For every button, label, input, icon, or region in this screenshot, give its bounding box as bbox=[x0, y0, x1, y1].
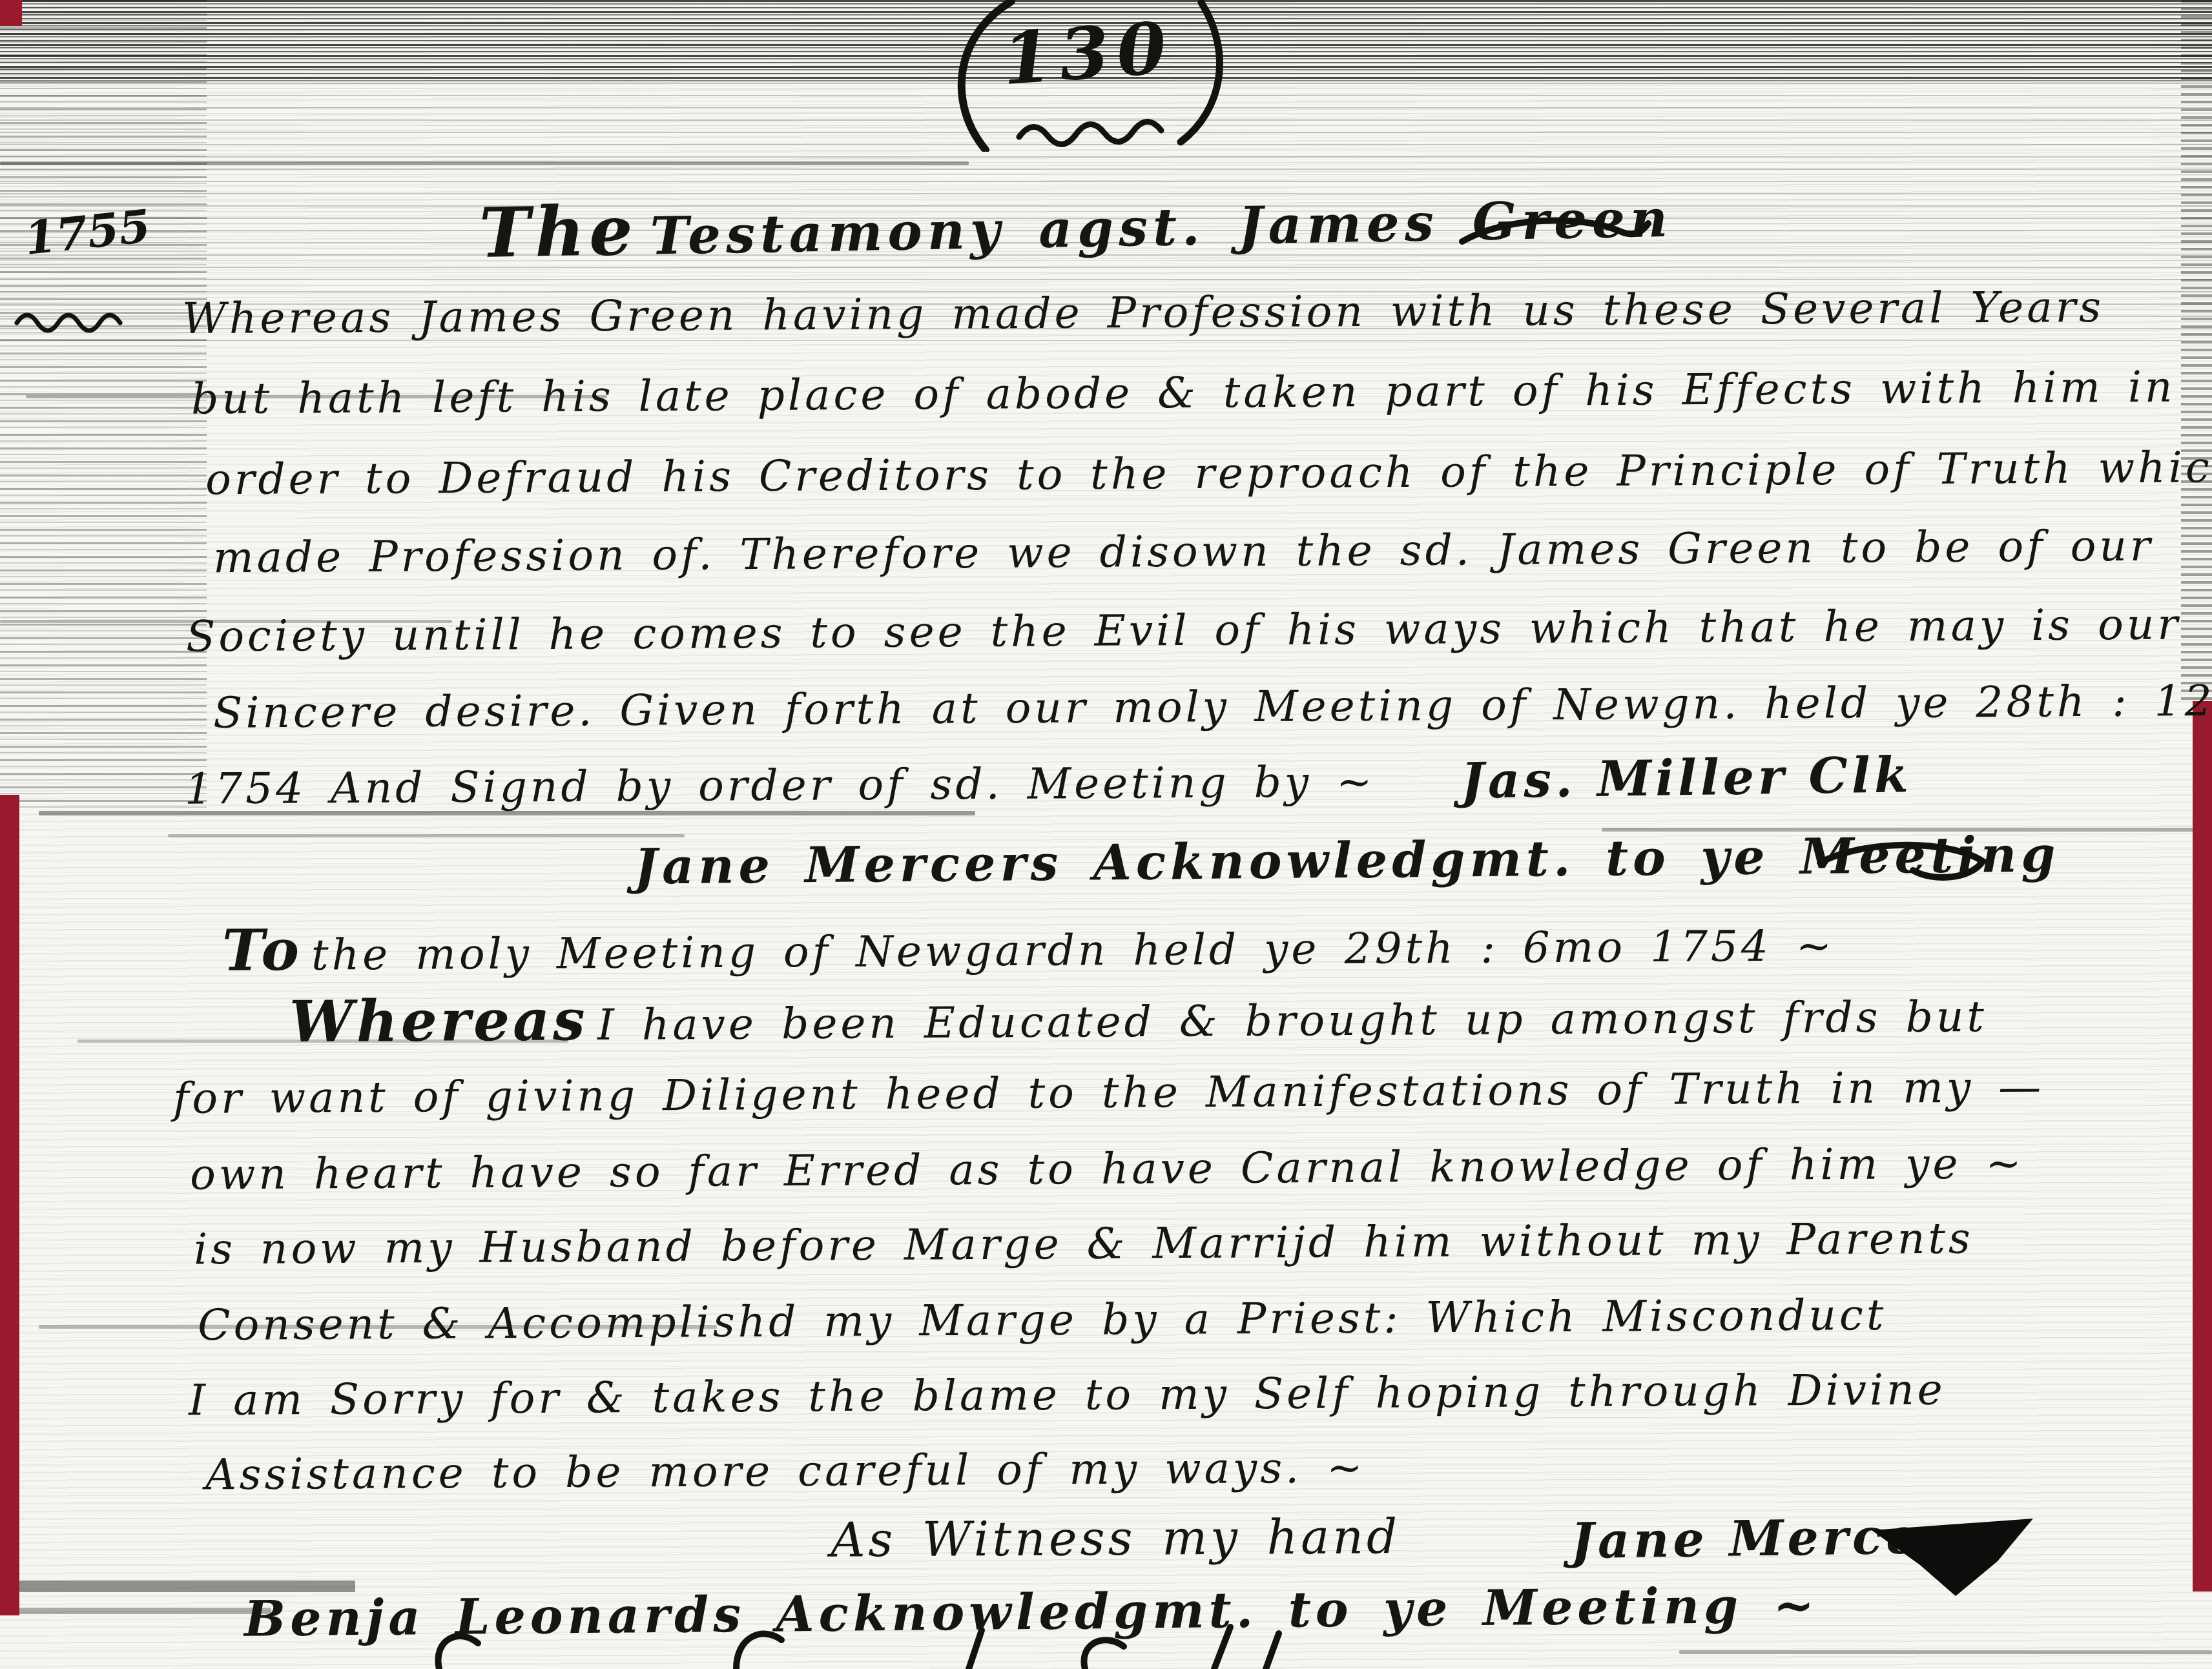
testimony-heading: TheTestamony agst. James Green bbox=[479, 172, 1673, 273]
mercer-body-line-4: is now my Husband before Marge & Marrijd… bbox=[194, 1214, 1974, 1275]
film-border-right bbox=[2193, 701, 2212, 1592]
mercer-salutation-rest: the moly Meeting of Newgardn held ye 29t… bbox=[311, 921, 1835, 979]
mercer-body-line-2: for want of giving Diligent heed to the … bbox=[173, 1062, 2044, 1123]
testimony-body-line-6: Sincere desire. Given forth at our moly … bbox=[213, 675, 2212, 738]
mercer-salutation: Tothe moly Meeting of Newgardn held ye 2… bbox=[222, 906, 1835, 983]
mercer-body-line-6: I am Sorry for & takes the blame to my S… bbox=[189, 1365, 1946, 1426]
margin-year-flourish bbox=[13, 303, 155, 336]
mercer-body-line-5: Consent & Accomplishd my Marge by a Prie… bbox=[198, 1290, 1887, 1350]
leonard-ack-heading: Benja Leonards Acknowledgmt. to ye Meeti… bbox=[244, 1576, 1819, 1647]
testimony-body-line-1: Whereas James Green having made Professi… bbox=[182, 282, 2104, 343]
testimony-body-line-4: made Profession of. Therefore we disown … bbox=[213, 521, 2154, 582]
mercer-ack-heading: Jane Mercers Acknowledgmt. to ye Meeting bbox=[634, 825, 2060, 895]
mercer-witness-line: As Witness my hand bbox=[831, 1509, 1401, 1568]
mercer-body-lead: Whereas bbox=[289, 986, 588, 1055]
mercer-body-line-7: Assistance to be more careful of my ways… bbox=[205, 1443, 1366, 1500]
film-border-left bbox=[0, 795, 19, 1615]
manuscript-page: 130 1755 TheTestamony agst. James Green … bbox=[0, 0, 2212, 1669]
scan-noise-left-band bbox=[0, 0, 207, 814]
testimony-body-line-5: Society untill he comes to see the Evil … bbox=[186, 600, 2181, 662]
margin-year: 1755 bbox=[22, 199, 152, 265]
testimony-body-line-2: but hath left his late place of abode & … bbox=[191, 362, 2176, 424]
page-number: 130 bbox=[1000, 6, 1177, 101]
mercer-body-line-1: WhereasI have been Educated & brought up… bbox=[289, 978, 1987, 1055]
scan-streak bbox=[1679, 1650, 2212, 1654]
testimony-body-line-7: 1754 And Signd by order of sd. Meeting b… bbox=[185, 757, 1376, 814]
testimony-body-line-3: order to Defraud his Creditors to the re… bbox=[205, 442, 2212, 505]
scan-streak bbox=[0, 1608, 271, 1614]
scan-streak bbox=[168, 834, 685, 837]
mercer-body-line-3: own heart have so far Erred as to have C… bbox=[190, 1138, 2025, 1199]
testimony-heading-lead: The bbox=[479, 190, 638, 273]
clerk-signature: Jas. Miller Clk bbox=[1460, 746, 1912, 810]
testimony-heading-rest: Testamony agst. James Green bbox=[650, 188, 1673, 267]
scan-streak bbox=[0, 161, 969, 165]
film-border-corner-topleft bbox=[0, 0, 22, 26]
mercer-body-line-1-rest: I have been Educated & brought up amongs… bbox=[597, 992, 1987, 1050]
mercer-salutation-lead: To bbox=[222, 916, 303, 984]
scan-noise-right-band bbox=[2181, 0, 2212, 704]
